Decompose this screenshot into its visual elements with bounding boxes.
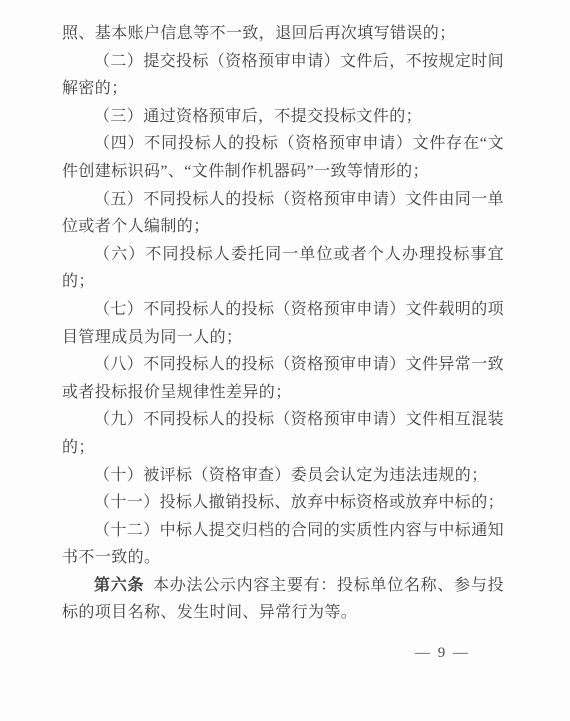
paragraph: （十）被评标（资格审查）委员会认定为违法违规的； (62, 462, 504, 490)
paragraph-text: （十二）中标人提交归档的合同的实质性内容与中标通知书不一致的。 (62, 522, 504, 567)
paragraph: （七）不同投标人的投标（资格预审申请）文件载明的项目管理成员为同一人的； (62, 296, 504, 351)
paragraph: （四）不同投标人的投标（资格预审申请）文件存在“文件创建标识码”、“文件制作机器… (62, 130, 504, 185)
paragraph: （十一）投标人撤销投标、放弃中标资格或放弃中标的； (62, 489, 504, 517)
paragraph-text: （六）不同投标人委托同一单位或者个人办理投标事宜的； (62, 246, 504, 291)
paragraph: （五）不同投标人的投标（资格预审申请）文件由同一单位或者个人编制的； (62, 186, 504, 241)
article-number: 第六条 (94, 577, 144, 594)
paragraph-text: 照、基本账户信息等不一致，退回后再次填写错误的； (62, 25, 456, 42)
paragraph: 照、基本账户信息等不一致，退回后再次填写错误的； (62, 20, 504, 48)
paragraph: （六）不同投标人委托同一单位或者个人办理投标事宜的； (62, 241, 504, 296)
text-block: 照、基本账户信息等不一致，退回后再次填写错误的；（二）提交投标（资格预审申请）文… (62, 20, 504, 627)
paragraph-text: （七）不同投标人的投标（资格预审申请）文件载明的项目管理成员为同一人的； (62, 301, 504, 346)
paragraph-text: （三）通过资格预审后，不提交投标文件的； (94, 108, 422, 125)
paragraph: 第六条本办法公示内容主要有：投标单位名称、参与投标的项目名称、发生时间、异常行为… (62, 572, 504, 627)
paragraph-text: （十一）投标人撤销投标、放弃中标资格或放弃中标的； (94, 494, 504, 511)
paragraph-text: （八）不同投标人的投标（资格预审申请）文件异常一致或者投标报价呈规律性差异的； (62, 356, 504, 401)
paragraph: （三）通过资格预审后，不提交投标文件的； (62, 103, 504, 131)
paragraph-text: （五）不同投标人的投标（资格预审申请）文件由同一单位或者个人编制的； (62, 191, 504, 236)
paragraph-text: （九）不同投标人的投标（资格预审申请）文件相互混装的； (62, 411, 504, 456)
paragraph: （八）不同投标人的投标（资格预审申请）文件异常一致或者投标报价呈规律性差异的； (62, 351, 504, 406)
document-page: 照、基本账户信息等不一致，退回后再次填写错误的；（二）提交投标（资格预审申请）文… (0, 0, 570, 721)
paragraph: （十二）中标人提交归档的合同的实质性内容与中标通知书不一致的。 (62, 517, 504, 572)
paragraph: （九）不同投标人的投标（资格预审申请）文件相互混装的； (62, 406, 504, 461)
page-number: — 9 — (415, 645, 470, 662)
paragraph: （二）提交投标（资格预审申请）文件后，不按规定时间解密的； (62, 48, 504, 103)
paragraph-text: （二）提交投标（资格预审申请）文件后，不按规定时间解密的； (62, 53, 504, 98)
paragraph-text: （十）被评标（资格审查）委员会认定为违法违规的； (94, 467, 488, 484)
paragraph-text: （四）不同投标人的投标（资格预审申请）文件存在“文件创建标识码”、“文件制作机器… (62, 135, 504, 180)
